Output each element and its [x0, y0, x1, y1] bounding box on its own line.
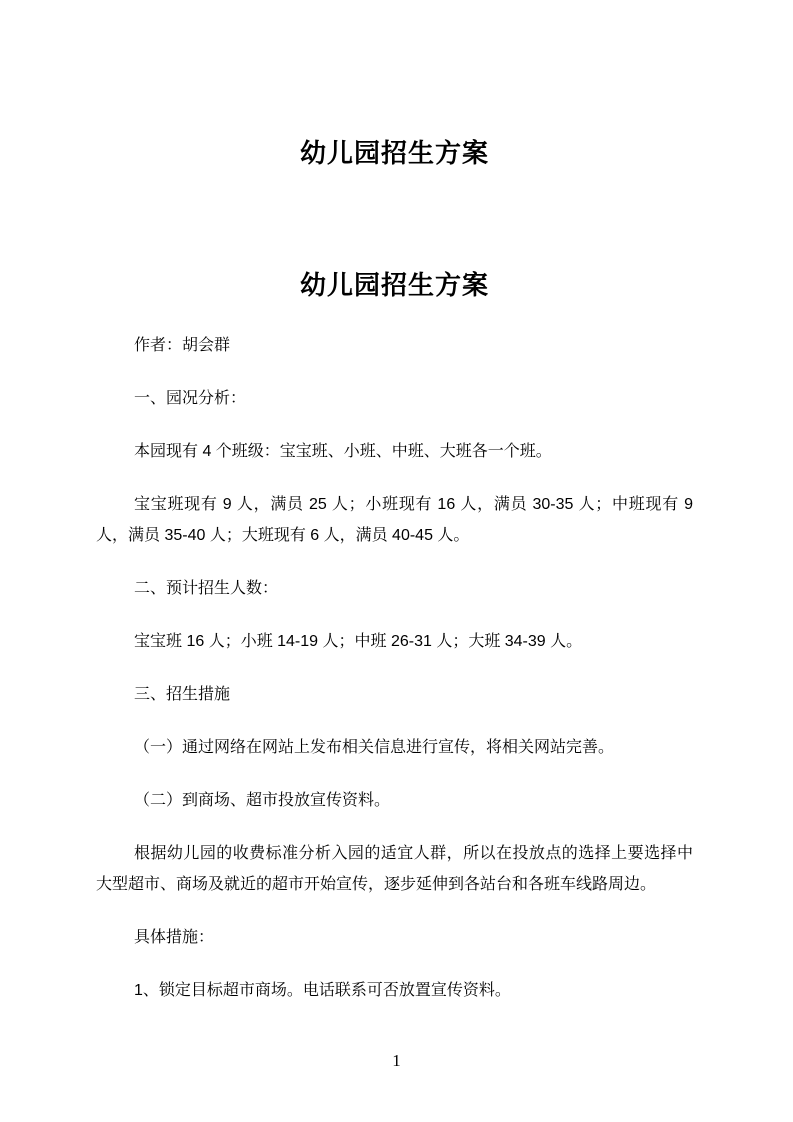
- paragraph-concrete-measures-label: 具体措施：: [96, 922, 693, 953]
- heading-analysis: 一、园况分析：: [96, 383, 693, 414]
- heading-recruitment-measures: 三、招生措施: [96, 679, 693, 710]
- paragraph-measure-online: （一）通过网络在网站上发布相关信息进行宣传，将相关网站完善。: [96, 732, 693, 763]
- document-body: 作者：胡会群 一、园况分析： 本园现有 4 个班级：宝宝班、小班、中班、大班各一…: [96, 330, 693, 1006]
- paragraph-class-overview: 本园现有 4 个班级：宝宝班、小班、中班、大班各一个班。: [96, 436, 693, 467]
- page-number: 1: [0, 1050, 793, 1072]
- paragraph-expected-numbers: 宝宝班 16 人；小班 14-19 人；中班 26-31 人；大班 34-39 …: [96, 626, 693, 657]
- document-page: 幼儿园招生方案 幼儿园招生方案 作者：胡会群 一、园况分析： 本园现有 4 个班…: [0, 0, 793, 1122]
- paragraph-placement-strategy: 根据幼儿园的收费标准分析入园的适宜人群，所以在投放点的选择上要选择中大型超市、商…: [96, 838, 693, 900]
- document-header-title: 幼儿园招生方案: [96, 138, 693, 168]
- heading-expected-enrollment: 二、预计招生人数：: [96, 573, 693, 604]
- document-title: 幼儿园招生方案: [96, 270, 693, 300]
- paragraph-current-enrollment: 宝宝班现有 9 人，满员 25 人；小班现有 16 人，满员 30-35 人；中…: [96, 489, 693, 551]
- paragraph-step-lock-targets: 1、锁定目标超市商场。电话联系可否放置宣传资料。: [96, 975, 693, 1006]
- paragraph-measure-flyers: （二）到商场、超市投放宣传资料。: [96, 785, 693, 816]
- paragraph-author: 作者：胡会群: [96, 330, 693, 361]
